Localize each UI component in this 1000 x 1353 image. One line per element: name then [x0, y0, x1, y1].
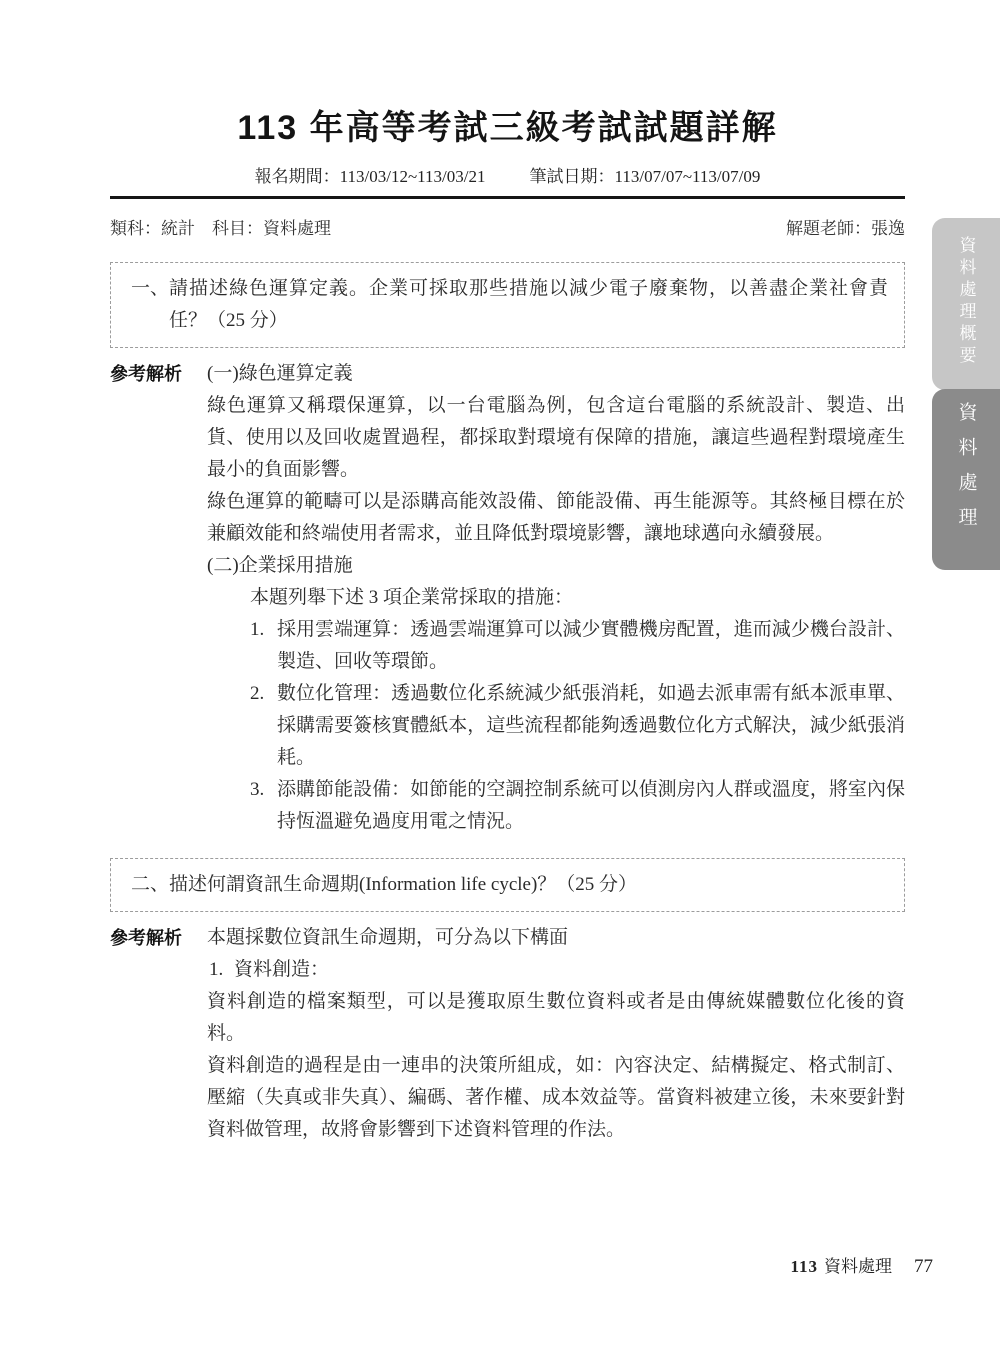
- list-item: 1. 採用雲端運算：透過雲端運算可以減少實體機房配置，進而減少機台設計、製造、回…: [250, 614, 905, 678]
- footer-subject: 資料處理: [824, 1257, 892, 1276]
- list-item-number: 1.: [250, 614, 277, 678]
- analysis-2-intro: 本題採數位資訊生命週期，可分為以下構面: [207, 922, 905, 954]
- question-2-number: 二、: [131, 869, 169, 901]
- footer-year: 113: [790, 1257, 818, 1276]
- solver-teacher: 解題老師：張逸: [786, 214, 905, 239]
- analysis-1-paragraph: 綠色運算的範疇可以是添購高能效設備、節能設備、再生能源等。其終極目標在於兼顧效能…: [207, 486, 905, 550]
- list-item-number: 1.: [209, 954, 234, 986]
- page-content: 113 年高等考試三級考試試題詳解 報名期間：113/03/12~113/03/…: [110, 0, 905, 1146]
- question-1: 一、 請描述綠色運算定義。企業可採取那些措施以減少電子廢棄物，以善盡企業社會責任…: [131, 273, 888, 337]
- analysis-1-list-intro: 本題列舉下述 3 項企業常採取的措施：: [250, 582, 905, 614]
- question-1-text: 請描述綠色運算定義。企業可採取那些措施以減少電子廢棄物，以善盡企業社會責任？（2…: [169, 273, 888, 337]
- category-subject: 類科：統計 科目：資料處理: [110, 214, 331, 239]
- thumb-tab-label: 資料處理概要: [954, 236, 979, 368]
- thumb-tab-data-processing-summary: 資料處理概要: [932, 218, 1000, 390]
- meta-row: 類科：統計 科目：資料處理 解題老師：張逸: [110, 214, 905, 239]
- analysis-1-paragraph: 綠色運算又稱環保運算，以一台電腦為例，包含這台電腦的系統設計、製造、出貨、使用以…: [207, 390, 905, 486]
- list-item-text: 採用雲端運算：透過雲端運算可以減少實體機房配置，進而減少機台設計、製造、回收等環…: [277, 614, 905, 678]
- list-item-number: 3.: [250, 774, 277, 838]
- analysis-1-section-2-heading: (二)企業採用措施: [207, 550, 905, 582]
- analysis-2-label: 參考解析: [110, 922, 207, 1146]
- list-item: 2. 數位化管理：透過數位化系統減少紙張消耗，如過去派車需有紙本派車單、採購需要…: [250, 678, 905, 774]
- list-item: 1. 資料創造：: [209, 954, 905, 986]
- analysis-2-paragraph: 資料創造的檔案類型，可以是獲取原生數位資料或者是由傳統媒體數位化後的資料。: [207, 986, 905, 1050]
- registration-period: 報名期間：113/03/12~113/03/21: [255, 162, 486, 187]
- analysis-2: 參考解析 本題採數位資訊生命週期，可分為以下構面 1. 資料創造： 資料創造的檔…: [110, 922, 905, 1146]
- footer-page-number: 77: [914, 1256, 933, 1277]
- analysis-1: 參考解析 (一)綠色運算定義 綠色運算又稱環保運算，以一台電腦為例，包含這台電腦…: [110, 358, 905, 838]
- list-item-text: 添購節能設備：如節能的空調控制系統可以偵測房內人群或溫度，將室內保持恆溫避免過度…: [277, 774, 905, 838]
- analysis-1-label: 參考解析: [110, 358, 207, 838]
- analysis-2-paragraph: 資料創造的過程是由一連串的決策所組成，如：內容決定、結構擬定、格式制訂、壓縮（失…: [207, 1050, 905, 1146]
- question-2: 二、 描述何謂資訊生命週期(Information life cycle)？（2…: [131, 869, 888, 901]
- page-title: 113 年高等考試三級考試試題詳解: [110, 0, 905, 150]
- exam-dates-row: 報名期間：113/03/12~113/03/21 筆試日期：113/07/07~…: [110, 162, 905, 187]
- list-item-number: 2.: [250, 678, 277, 774]
- analysis-1-body: (一)綠色運算定義 綠色運算又稱環保運算，以一台電腦為例，包含這台電腦的系統設計…: [207, 358, 905, 838]
- thumb-tab-label: 資料處理: [953, 402, 980, 542]
- question-2-text: 描述何謂資訊生命週期(Information life cycle)？（25 分…: [169, 869, 888, 901]
- header-divider: [110, 196, 905, 199]
- page-footer: 113資料處理77: [790, 1252, 933, 1278]
- question-1-number: 一、: [131, 273, 169, 337]
- list-item: 3. 添購節能設備：如節能的空調控制系統可以偵測房內人群或溫度，將室內保持恆溫避…: [250, 774, 905, 838]
- analysis-2-body: 本題採數位資訊生命週期，可分為以下構面 1. 資料創造： 資料創造的檔案類型，可…: [207, 922, 905, 1146]
- analysis-1-section-1-heading: (一)綠色運算定義: [207, 358, 905, 390]
- question-1-box: 一、 請描述綠色運算定義。企業可採取那些措施以減少電子廢棄物，以善盡企業社會責任…: [110, 262, 905, 348]
- list-item-text: 數位化管理：透過數位化系統減少紙張消耗，如過去派車需有紙本派車單、採購需要簽核實…: [277, 678, 905, 774]
- written-exam-date: 筆試日期：113/07/07~113/07/09: [530, 162, 761, 187]
- question-2-box: 二、 描述何謂資訊生命週期(Information life cycle)？（2…: [110, 858, 905, 912]
- list-item-title: 資料創造：: [234, 954, 905, 986]
- thumb-tab-data-processing: 資料處理: [932, 389, 1000, 570]
